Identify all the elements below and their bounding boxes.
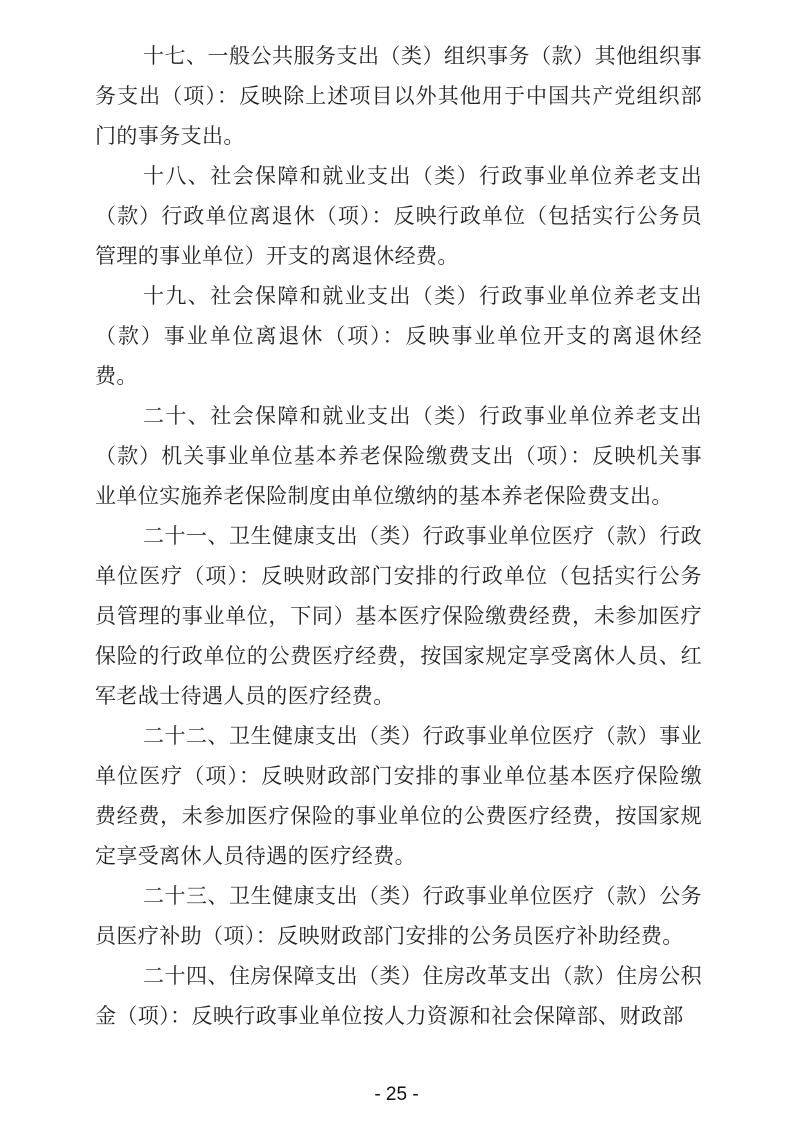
paragraph-item-17: 十七、一般公共服务支出（类）组织事务（款）其他组织事务支出（项）：反映除上述项目… — [95, 36, 702, 156]
paragraph-item-22: 二十二、卫生健康支出（类）行政事业单位医疗（款）事业单位医疗（项）：反映财政部门… — [95, 716, 702, 876]
page-number: - 25 - — [0, 1084, 793, 1106]
paragraph-item-18: 十八、社会保障和就业支出（类）行政事业单位养老支出（款）行政单位离退休（项）：反… — [95, 156, 702, 276]
paragraph-item-21: 二十一、卫生健康支出（类）行政事业单位医疗（款）行政单位医疗（项）：反映财政部门… — [95, 516, 702, 716]
paragraph-item-23: 二十三、卫生健康支出（类）行政事业单位医疗（款）公务员医疗补助（项）：反映财政部… — [95, 876, 702, 956]
paragraph-item-24: 二十四、住房保障支出（类）住房改革支出（款）住房公积金（项）：反映行政事业单位按… — [95, 956, 702, 1036]
document-page: 十七、一般公共服务支出（类）组织事务（款）其他组织事务支出（项）：反映除上述项目… — [0, 0, 793, 1122]
paragraph-item-19: 十九、社会保障和就业支出（类）行政事业单位养老支出（款）事业单位离退休（项）：反… — [95, 276, 702, 396]
document-body: 十七、一般公共服务支出（类）组织事务（款）其他组织事务支出（项）：反映除上述项目… — [95, 36, 702, 1036]
paragraph-item-20: 二十、社会保障和就业支出（类）行政事业单位养老支出（款）机关事业单位基本养老保险… — [95, 396, 702, 516]
